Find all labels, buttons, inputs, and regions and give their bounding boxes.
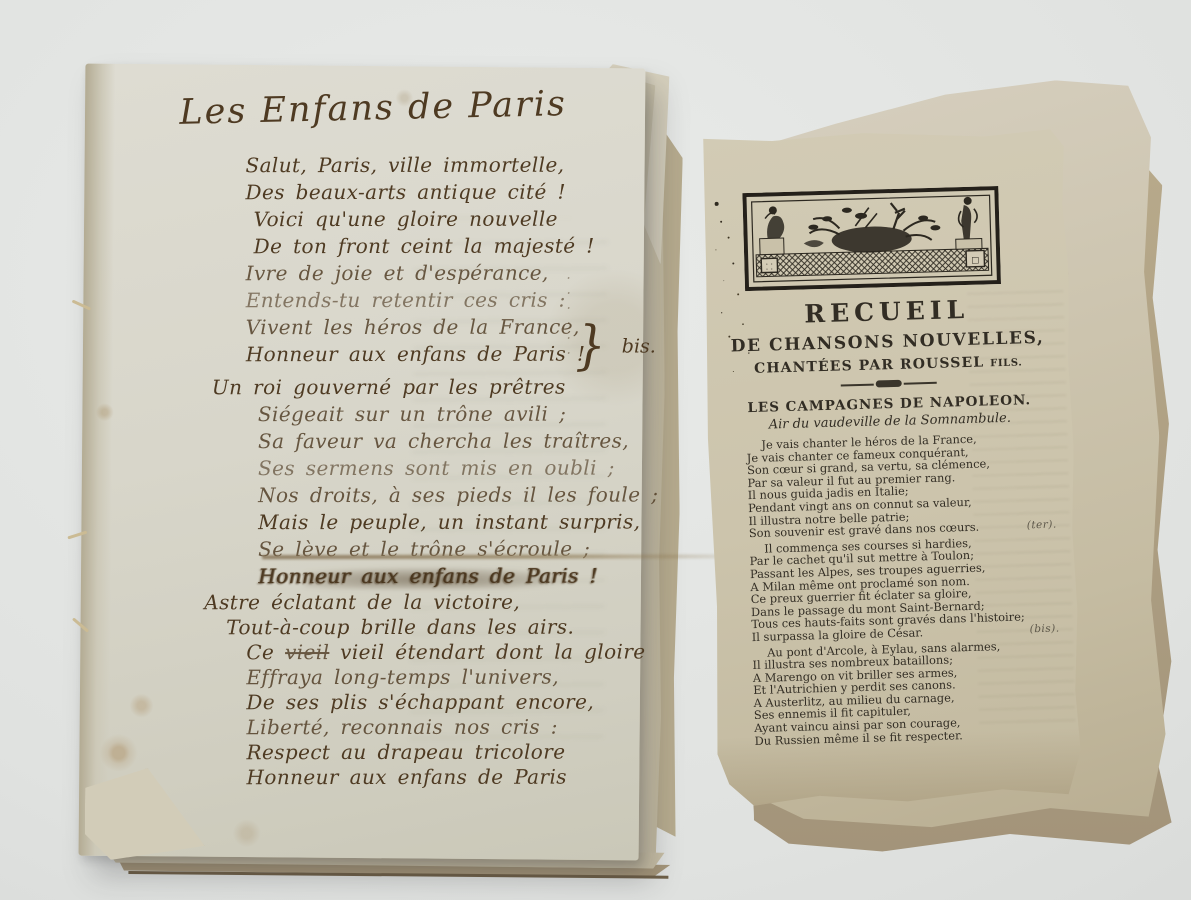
masthead-subtitle: DE CHANSONS NOUVELLES,: [717, 327, 1057, 356]
verse-3: Au pont d'Arcole, à Eylau, sans alarmes,…: [752, 638, 1055, 747]
manuscript-line: Tout-à-coup brille dans les airs.: [226, 615, 632, 641]
bis-annotation: bis.: [622, 335, 656, 357]
manuscript-line: De ton front ceint la majesté !: [254, 233, 632, 261]
manuscript-line: Honneur aux enfans de Paris: [247, 765, 633, 791]
manuscript-stanza-2: Un roi gouverné par les prêtres Siégeait…: [202, 374, 632, 591]
struck-word: vieil: [285, 640, 329, 664]
pamphlet-text: ⸬ ☐: [699, 126, 1084, 808]
manuscript-line: Voici qu'une gloire nouvelle: [254, 206, 632, 234]
verse-1: Je vais chanter le héros de la France, J…: [746, 431, 1049, 540]
pamphlet-front-page: ⸬ ☐: [699, 126, 1084, 808]
manuscript-line: Des beaux-arts antique cité !: [246, 179, 632, 207]
manuscript-line: Ses sermens sont mis en oubli ;: [258, 455, 632, 483]
manuscript-line: Siégeait sur un trône avili ;: [258, 401, 632, 429]
manuscript-line-with-correction: Ce vieil vieil étendart dont la gloire: [246, 640, 632, 666]
manuscript-line: Nos droits, à ses pieds il les foule ;: [258, 482, 632, 510]
manuscript-booklet: Les Enfans de Paris Salut, Paris, ville …: [79, 64, 646, 861]
pamphlet: ⸬ ☐: [688, 80, 1175, 849]
manuscript-line: Mais le peuple, un instant surpris,: [258, 509, 632, 537]
manuscript-front-page: Les Enfans de Paris Salut, Paris, ville …: [79, 64, 646, 861]
manuscript-line-blotted: Honneur aux enfans de Paris !: [258, 563, 632, 591]
photo-of-antique-documents: Les Enfans de Paris Salut, Paris, ville …: [0, 0, 1191, 900]
manuscript-text: Les Enfans de Paris Salut, Paris, ville …: [81, 66, 642, 859]
manuscript-line: Un roi gouverné par les prêtres: [212, 374, 632, 402]
manuscript-line: Liberté, reconnais nos cris :: [246, 715, 632, 741]
manuscript-line: De ses plis s'échappant encore,: [246, 690, 632, 716]
manuscript-title: Les Enfans de Paris: [179, 83, 612, 133]
manuscript-line: Respect au drapeau tricolore: [246, 740, 632, 766]
manuscript-line: Sa faveur va chercha les traîtres,: [258, 428, 632, 456]
separator-ornament-icon: [841, 379, 937, 389]
svg-text:⸬: ⸬: [766, 262, 773, 271]
song-body: Je vais chanter le héros de la France, J…: [720, 430, 1068, 748]
ter-annotation: (ter).: [1027, 519, 1057, 532]
bis-annotation: (bis).: [1029, 622, 1059, 635]
fils-smallcaps: FILS.: [990, 357, 1022, 369]
masthead-byline: CHANTÉES PAR ROUSSEL FILS.: [718, 352, 1058, 377]
manuscript-line: Effraya long-temps l'univers,: [246, 665, 632, 691]
manuscript-line: Salut, Paris, ville immortelle,: [245, 152, 631, 180]
engraving-illustration: ⸬ ☐: [742, 186, 1001, 291]
masthead-title: RECUEIL: [716, 292, 1057, 330]
pamphlet-masthead: RECUEIL DE CHANSONS NOUVELLES, CHANTÉES …: [716, 292, 1058, 391]
manuscript-stanza-1: Salut, Paris, ville immortelle, Des beau…: [201, 152, 631, 369]
svg-text:☐: ☐: [971, 257, 979, 267]
manuscript-line-smudged: Se lève et le trône s'écroule ;: [258, 536, 632, 564]
manuscript-line: Astre éclatant de la victoire,: [204, 590, 632, 616]
brace-glyph: }: [575, 315, 606, 377]
verse-2: Il commença ses courses si hardies, Par …: [749, 534, 1052, 643]
manuscript-stanza-3: Astre éclatant de la victoire, Tout-à-co…: [202, 590, 632, 791]
